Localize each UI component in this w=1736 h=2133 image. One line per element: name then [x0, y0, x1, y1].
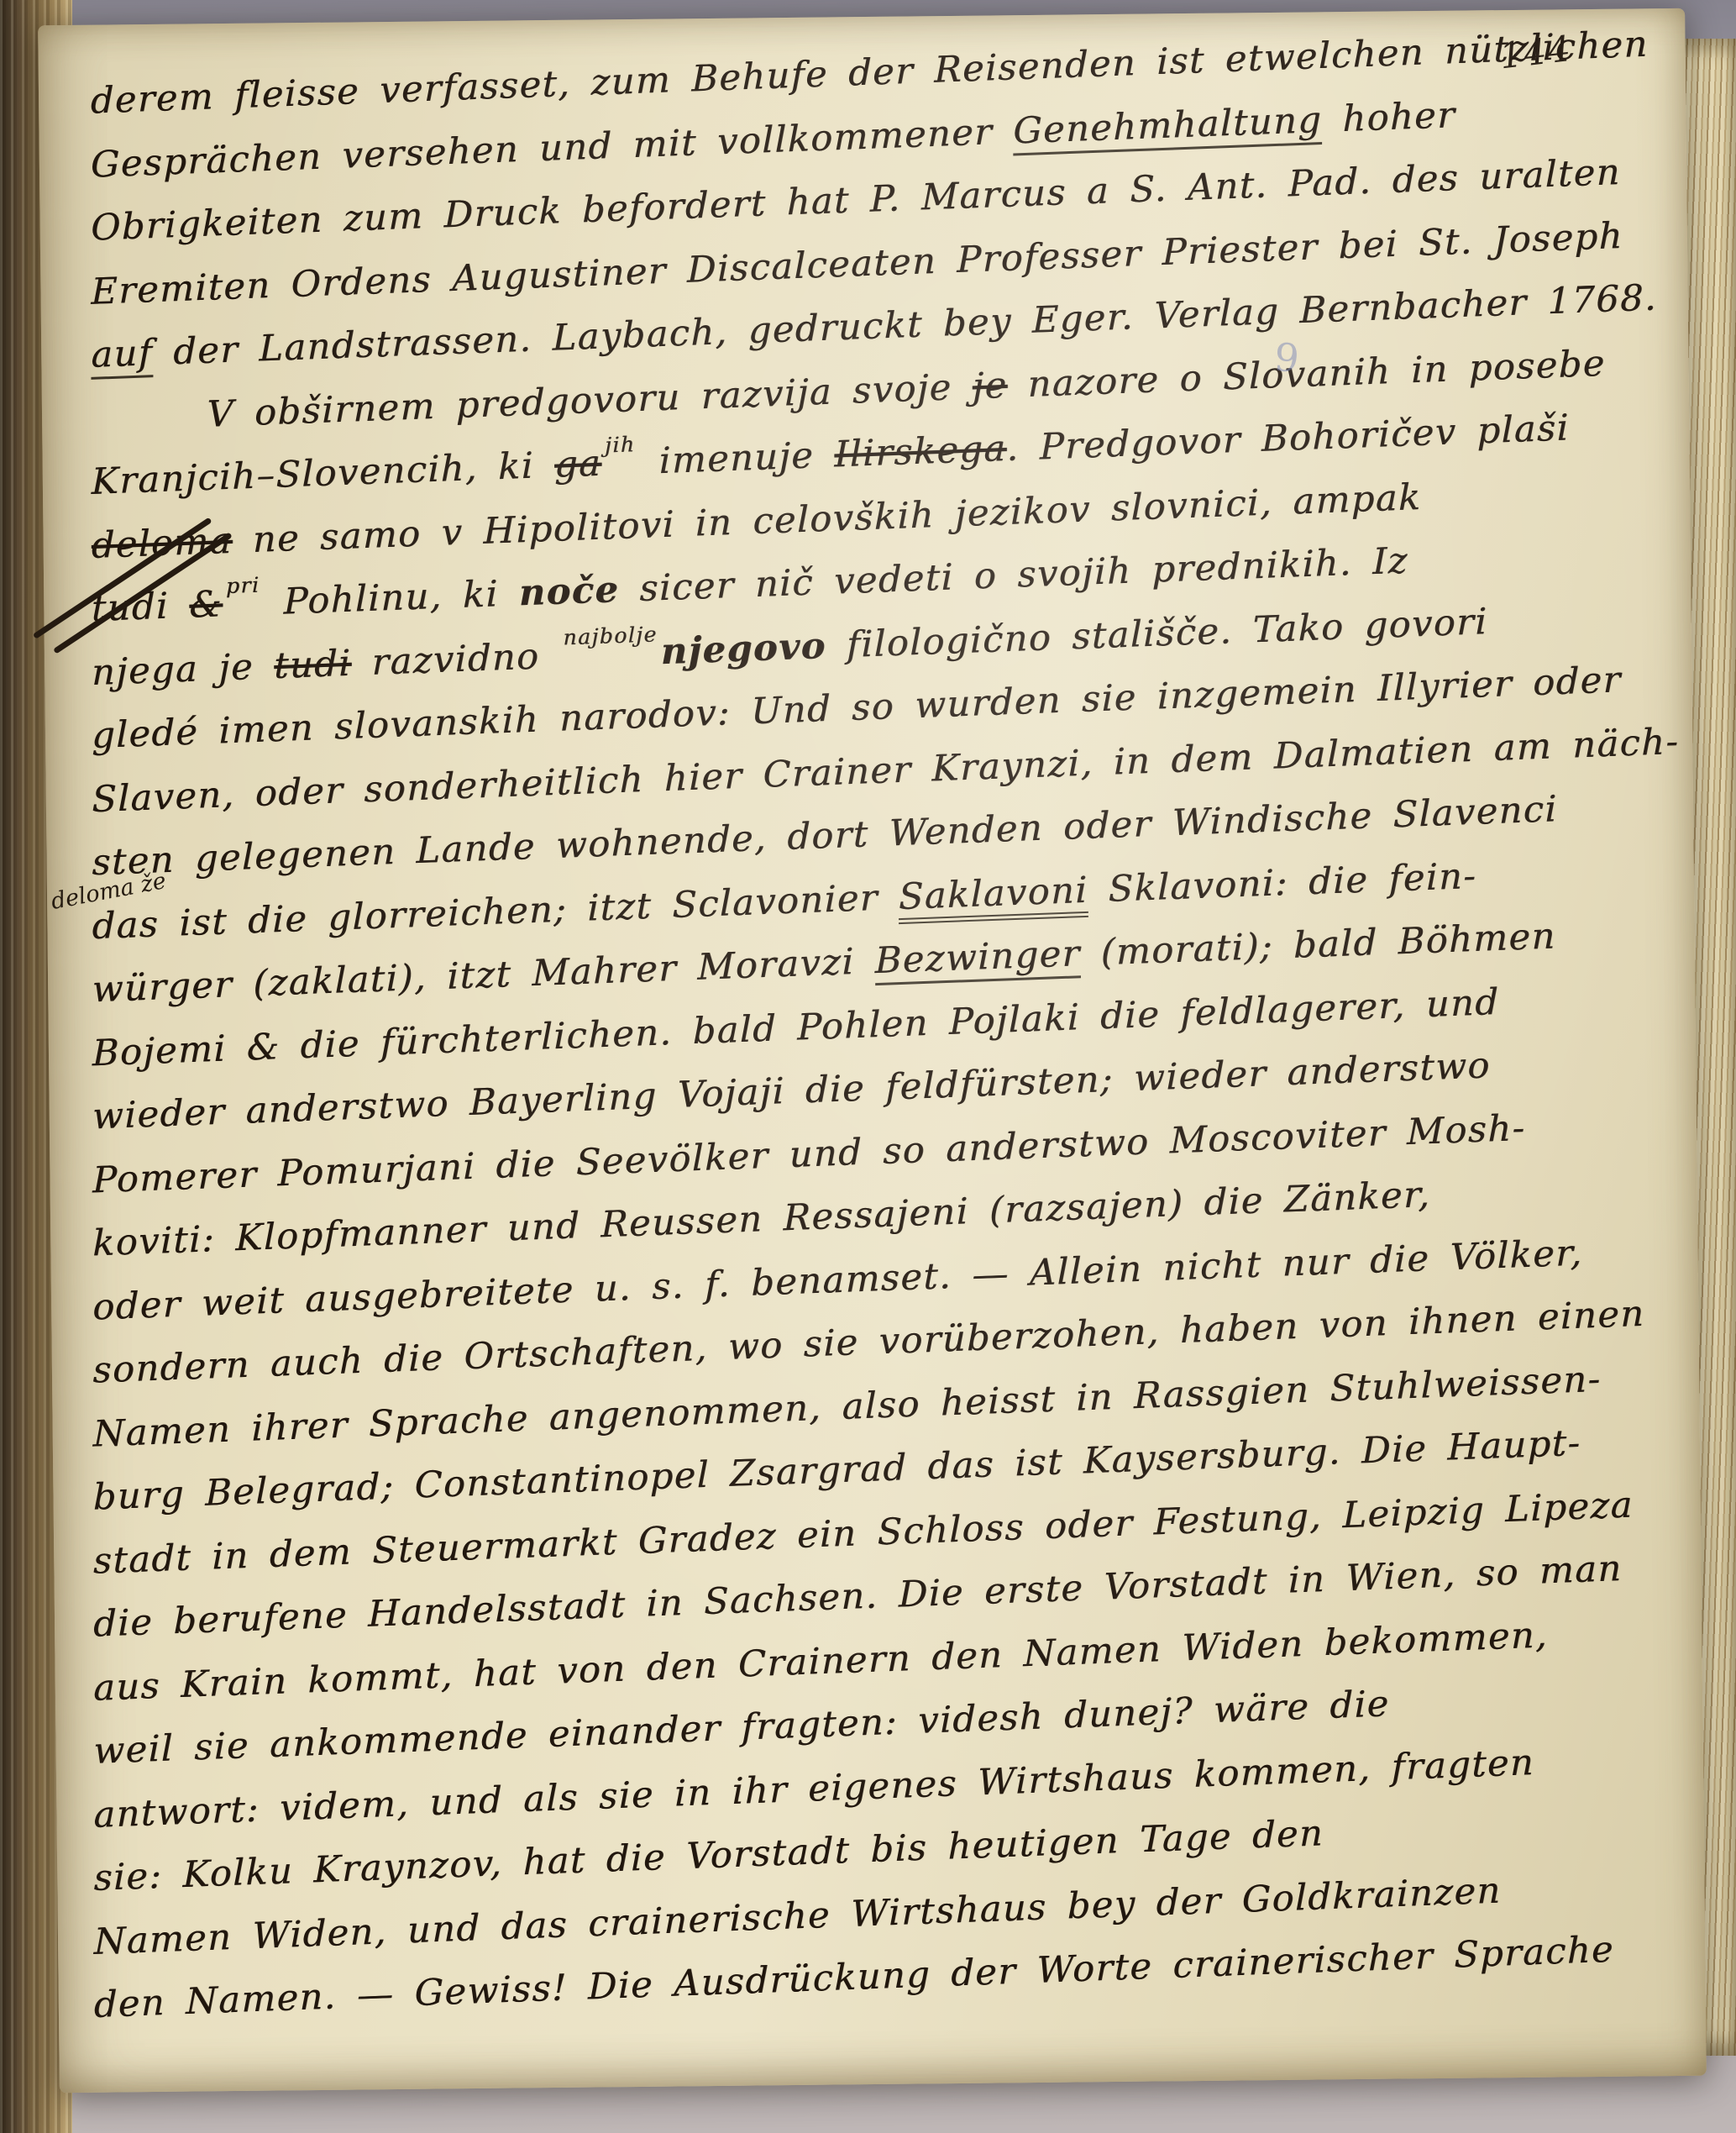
text-segment: auf: [91, 332, 153, 380]
text-segment: njegovo: [661, 625, 826, 673]
text-segment: Pohlinu, ki: [263, 572, 519, 623]
pencil-mark: 9: [1272, 334, 1301, 382]
text-segment: pri: [226, 573, 260, 599]
text-segment: Kranjcih–Slovencih, ki: [92, 444, 554, 503]
text-segment: imenuje: [638, 434, 834, 484]
manuscript-page: 144 derem fleisse verfasset, zum Behufe …: [38, 8, 1707, 2093]
text-segment: je: [973, 364, 1008, 407]
text-segment: hoher: [1322, 94, 1455, 141]
handwritten-text-block: derem fleisse verfasset, zum Behufe der …: [91, 24, 1655, 2048]
text-segment: &: [189, 583, 223, 626]
text-segment: tudi: [274, 642, 351, 686]
text-segment: noče: [519, 569, 619, 614]
text-segment: najbolje: [564, 622, 658, 649]
photo-background: 144 derem fleisse verfasset, zum Behufe …: [0, 0, 1736, 2133]
text-segment: Saklavoni: [899, 869, 1088, 923]
margin-insertion-mark: [29, 624, 283, 786]
text-segment: razvidno: [351, 634, 559, 684]
text-segment: ga: [554, 443, 601, 486]
text-segment: jih: [605, 432, 635, 457]
text-segment: Ilirskega: [834, 428, 1006, 476]
text-segment: Bezwinger: [875, 933, 1081, 985]
